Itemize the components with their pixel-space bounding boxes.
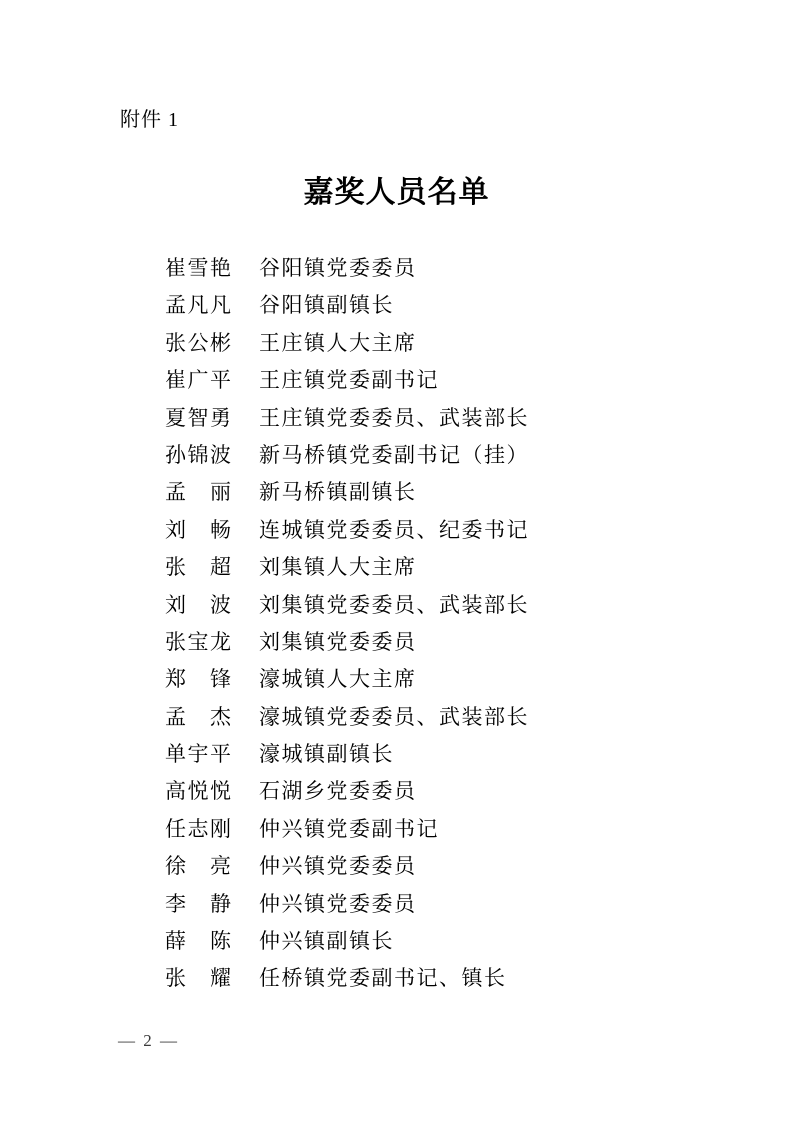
list-item: 李静 仲兴镇党委委员 (165, 886, 733, 923)
page-title: 嘉奖人员名单 (0, 167, 793, 211)
list-item: 夏智勇 王庄镇党委委员、武装部长 (165, 400, 733, 437)
list-item: 单宇平 濠城镇副镇长 (165, 736, 733, 773)
person-name: 张公彬 (165, 325, 231, 362)
person-position: 连城镇党委委员、纪委书记 (259, 512, 529, 549)
person-position: 濠城镇人大主席 (259, 661, 417, 698)
page-number: — 2 — (118, 1031, 179, 1051)
list-item: 刘畅 连城镇党委委员、纪委书记 (165, 512, 733, 549)
list-item: 郑锋 濠城镇人大主席 (165, 661, 733, 698)
list-item: 张超 刘集镇人大主席 (165, 549, 733, 586)
list-item: 任志刚 仲兴镇党委副书记 (165, 811, 733, 848)
person-name: 崔雪艳 (165, 250, 231, 287)
person-name: 孙锦波 (165, 437, 231, 474)
person-position: 濠城镇副镇长 (259, 736, 394, 773)
person-position: 王庄镇党委委员、武装部长 (259, 400, 529, 437)
person-position: 濠城镇党委委员、武装部长 (259, 699, 529, 736)
person-position: 任桥镇党委副书记、镇长 (259, 960, 507, 997)
list-item: 徐亮 仲兴镇党委委员 (165, 848, 733, 885)
person-name: 崔广平 (165, 362, 231, 399)
list-item: 薛陈 仲兴镇副镇长 (165, 923, 733, 960)
list-item: 孟杰 濠城镇党委委员、武装部长 (165, 699, 733, 736)
person-position: 王庄镇党委副书记 (259, 362, 439, 399)
document-page: 附件 1 嘉奖人员名单 崔雪艳 谷阳镇党委委员 孟凡凡 谷阳镇副镇长 张公彬 王… (0, 0, 793, 1122)
person-name: 孟凡凡 (165, 287, 231, 324)
person-position: 仲兴镇副镇长 (259, 923, 394, 960)
person-position: 新马桥镇副镇长 (259, 474, 417, 511)
list-item: 张公彬 王庄镇人大主席 (165, 325, 733, 362)
attachment-label: 附件 1 (120, 103, 179, 132)
person-name: 张超 (165, 549, 231, 586)
list-item: 刘波 刘集镇党委委员、武装部长 (165, 587, 733, 624)
person-name: 郑锋 (165, 661, 231, 698)
list-item: 崔雪艳 谷阳镇党委委员 (165, 250, 733, 287)
list-item: 张耀 任桥镇党委副书记、镇长 (165, 960, 733, 997)
person-name: 孟杰 (165, 699, 231, 736)
person-name: 任志刚 (165, 811, 231, 848)
roster-list: 崔雪艳 谷阳镇党委委员 孟凡凡 谷阳镇副镇长 张公彬 王庄镇人大主席 崔广平 王… (165, 250, 733, 998)
person-name: 夏智勇 (165, 400, 231, 437)
person-position: 新马桥镇党委副书记（挂） (259, 437, 529, 474)
person-position: 刘集镇党委委员 (259, 624, 417, 661)
person-position: 谷阳镇党委委员 (259, 250, 417, 287)
person-name: 刘畅 (165, 512, 231, 549)
list-item: 崔广平 王庄镇党委副书记 (165, 362, 733, 399)
person-position: 仲兴镇党委委员 (259, 886, 417, 923)
list-item: 孟凡凡 谷阳镇副镇长 (165, 287, 733, 324)
person-name: 李静 (165, 886, 231, 923)
person-name: 薛陈 (165, 923, 231, 960)
person-name: 单宇平 (165, 736, 231, 773)
person-name: 刘波 (165, 587, 231, 624)
person-name: 高悦悦 (165, 773, 231, 810)
person-position: 仲兴镇党委委员 (259, 848, 417, 885)
person-position: 刘集镇党委委员、武装部长 (259, 587, 529, 624)
person-name: 张耀 (165, 960, 231, 997)
person-name: 徐亮 (165, 848, 231, 885)
person-position: 谷阳镇副镇长 (259, 287, 394, 324)
list-item: 高悦悦 石湖乡党委委员 (165, 773, 733, 810)
list-item: 孟丽 新马桥镇副镇长 (165, 474, 733, 511)
list-item: 张宝龙 刘集镇党委委员 (165, 624, 733, 661)
person-position: 王庄镇人大主席 (259, 325, 417, 362)
person-position: 刘集镇人大主席 (259, 549, 417, 586)
person-name: 孟丽 (165, 474, 231, 511)
person-position: 石湖乡党委委员 (259, 773, 417, 810)
list-item: 孙锦波 新马桥镇党委副书记（挂） (165, 437, 733, 474)
person-name: 张宝龙 (165, 624, 231, 661)
person-position: 仲兴镇党委副书记 (259, 811, 439, 848)
